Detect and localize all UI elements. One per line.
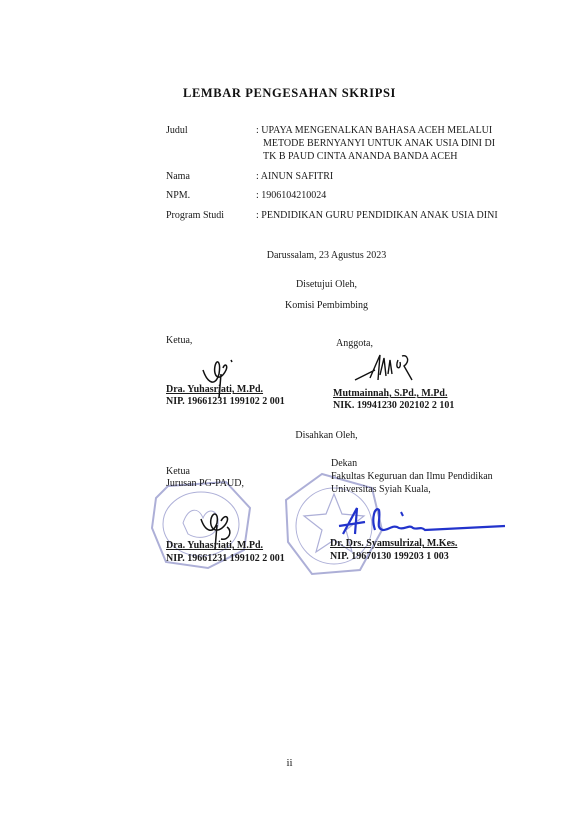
chair-role: Ketua, <box>166 335 192 346</box>
document-title: LEMBAR PENGESAHAN SKRIPSI <box>0 86 579 101</box>
field-value-judul-line2: METODE BERNYANYI UNTUK ANAK USIA DINI DI <box>263 138 495 149</box>
dean-name: Dr. Drs. Syamsulrizal, M.Kes. <box>330 538 457 549</box>
dept-head-name: Dra. Yuhasriati, M.Pd. <box>166 540 263 551</box>
dept-role-line1: Ketua <box>166 466 190 477</box>
field-label-judul: Judul <box>166 125 188 136</box>
field-value-npm: : 1906104210024 <box>256 190 326 201</box>
dean-role-line1: Dekan <box>331 458 357 469</box>
place-date: Darussalam, 23 Agustus 2023 <box>37 250 579 261</box>
field-value-nama: : AINUN SAFITRI <box>256 171 333 182</box>
field-value-judul-line3: TK B PAUD CINTA ANANDA BANDA ACEH <box>263 151 457 162</box>
dean-role-line2: Fakultas Keguruan dan Ilmu Pendidikan <box>331 471 493 482</box>
member-nik: NIK. 19941230 202102 2 101 <box>333 400 454 411</box>
field-value-program-studi: : PENDIDIKAN GURU PENDIDIKAN ANAK USIA D… <box>256 210 498 221</box>
member-role: Anggota, <box>336 338 373 349</box>
dean-nip: NIP. 19670130 199203 1 003 <box>330 551 449 562</box>
dept-head-nip: NIP. 19661231 199102 2 001 <box>166 553 285 564</box>
committee-heading: Komisi Pembimbing <box>37 300 579 311</box>
member-name: Mutmainnah, S.Pd., M.Pd. <box>333 388 447 399</box>
chair-nip: NIP. 19661231 199102 2 001 <box>166 396 285 407</box>
field-label-nama: Nama <box>166 171 190 182</box>
field-value-judul-line1: : UPAYA MENGENALKAN BAHASA ACEH MELALUI <box>256 125 492 136</box>
chair-name: Dra. Yuhasriati, M.Pd. <box>166 384 263 395</box>
field-label-npm: NPM. <box>166 190 190 201</box>
field-label-program-studi: Program Studi <box>166 210 224 221</box>
dean-role-line3: Universitas Syiah Kuala, <box>331 484 431 495</box>
approved-by-heading: Disetujui Oleh, <box>37 279 579 290</box>
page-number: ii <box>0 757 579 769</box>
dept-role-line2: Jurusan PG-PAUD, <box>166 478 244 489</box>
ratified-by-heading: Disahkan Oleh, <box>37 430 579 441</box>
